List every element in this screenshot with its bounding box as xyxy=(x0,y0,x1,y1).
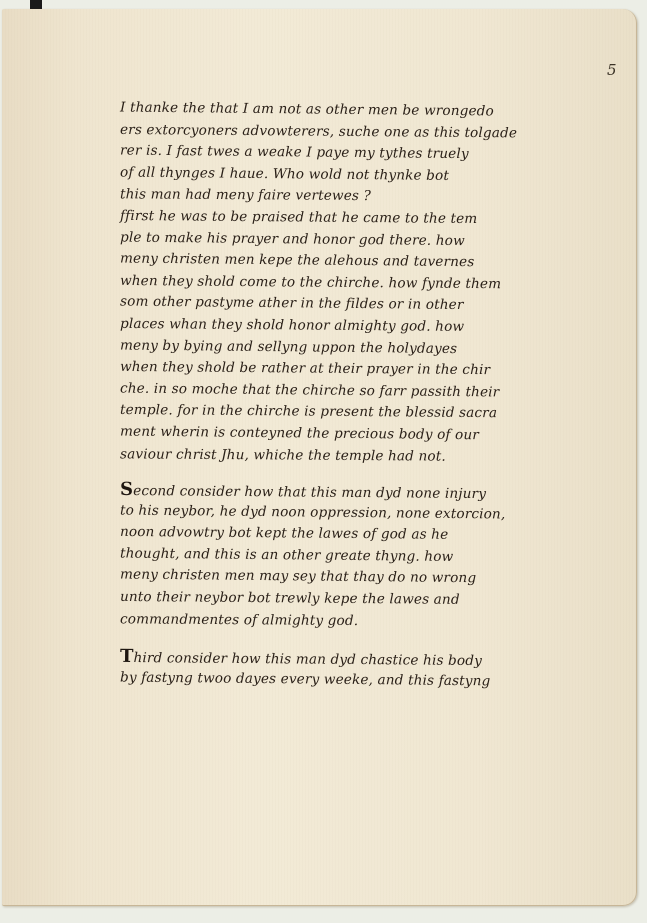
line-text: hird consider how this man dyd chastice … xyxy=(133,650,482,669)
text-line: by fastyng twoo dayes every weeke, and t… xyxy=(120,667,600,694)
line-text: econd consider how that this man dyd non… xyxy=(133,483,486,502)
text-line: commandmentes of almighty god. xyxy=(120,609,600,634)
paragraph-opening: I thanke the that I am not as other men … xyxy=(120,100,600,208)
paragraph-first: ffirst he was to be praised that he came… xyxy=(120,208,600,467)
binding-mark xyxy=(30,0,42,9)
paragraph-third: Third consider how this man dyd chastice… xyxy=(120,648,600,691)
paragraph-second: Second consider how that this man dyd no… xyxy=(120,481,600,632)
folio-number: 5 xyxy=(607,61,617,79)
decorated-initial: S xyxy=(120,479,133,500)
manuscript-text: I thanke the that I am not as other men … xyxy=(120,100,600,691)
text-line: saviour christ Jhu, whiche the temple ha… xyxy=(120,444,600,469)
decorated-initial: T xyxy=(120,646,134,667)
